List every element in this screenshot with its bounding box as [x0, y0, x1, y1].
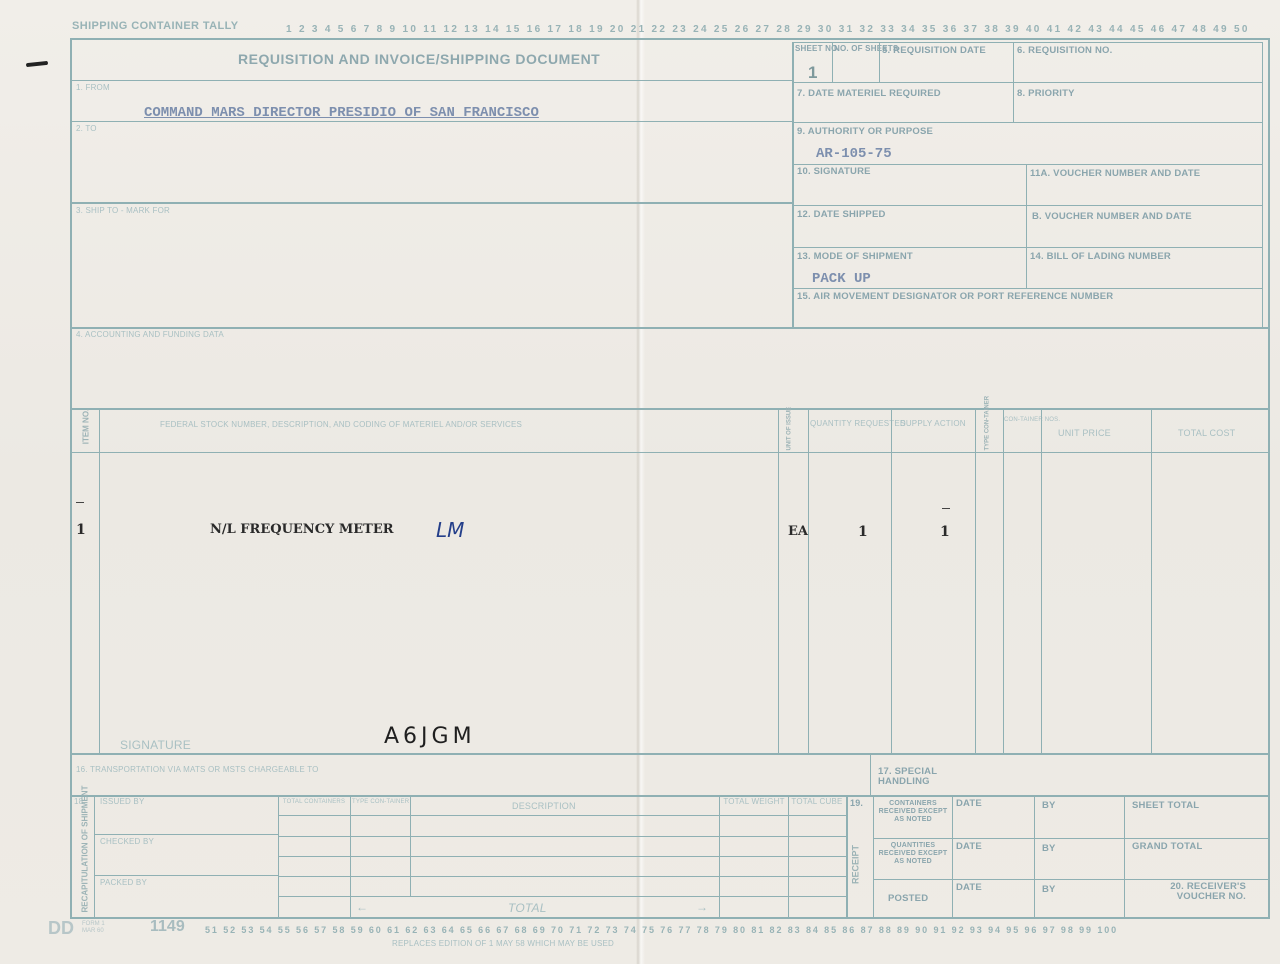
divider	[70, 121, 792, 122]
recap-vertical-label: RECAPITULATION OF SHIPMENT	[81, 803, 90, 913]
receipt-posted-label: POSTED	[888, 893, 928, 904]
issued-by-label: ISSUED BY	[100, 797, 144, 806]
col-header-unit-price: UNIT PRICE	[1058, 428, 1111, 438]
frame-left-line	[70, 38, 72, 918]
divider	[873, 879, 1270, 880]
divider	[70, 753, 1270, 755]
col-header-description: FEDERAL STOCK NUMBER, DESCRIPTION, AND C…	[160, 420, 522, 429]
divider	[873, 838, 1270, 839]
col-header-total-cost: TOTAL COST	[1178, 428, 1235, 438]
receipt-posted-date-label: DATE	[956, 882, 982, 893]
recap-col-total-weight: TOTAL WEIGHT	[722, 798, 786, 806]
from-label: 1. FROM	[76, 83, 110, 92]
col-header-type-container: TYPE CON-TAINER	[984, 411, 993, 451]
total-arrow-left: ←	[356, 900, 368, 914]
receipt-quantities-date-label: DATE	[956, 841, 982, 852]
dash-mark	[942, 508, 950, 509]
col-header-unit-of-issue: UNIT OF ISSUE	[786, 411, 795, 451]
receipt-containers-label: CONTAINERS RECEIVED EXCEPT AS NOTED	[875, 800, 951, 824]
date-materiel-required-label: 7. DATE MATERIEL REQUIRED	[797, 88, 941, 99]
sheet-total-label: SHEET TOTAL	[1132, 800, 1199, 811]
divider	[873, 795, 874, 917]
special-handling-label: 17. SPECIAL HANDLING	[878, 767, 968, 787]
divider	[410, 795, 411, 897]
recap-col-total-cube: TOTAL CUBE	[790, 798, 844, 806]
divider	[70, 795, 1270, 797]
item-description: N/L FREQUENCY METER	[210, 522, 394, 537]
requisition-date-label: 5. REQUISITION DATE	[882, 45, 986, 56]
recap-total-label: TOTAL	[508, 901, 547, 915]
handwritten-initials: LM	[436, 518, 464, 542]
total-arrow-right: →	[696, 900, 708, 914]
divider	[952, 795, 953, 917]
divider	[70, 80, 792, 81]
item-no: 1	[76, 522, 86, 538]
punch-mark	[26, 61, 48, 67]
frame-top-line	[70, 38, 1270, 40]
unit-of-issue-value: EA	[788, 524, 808, 539]
shipping-container-tally-label: SHIPPING CONTAINER TALLY	[72, 20, 238, 32]
divider	[792, 122, 1262, 123]
divider	[975, 408, 976, 753]
divider	[278, 836, 846, 837]
divider	[879, 42, 880, 82]
supply-action-value: 1	[940, 524, 950, 540]
authority-value: AR-105-75	[816, 146, 892, 162]
divider	[808, 408, 809, 753]
sheet-no-value: 1	[808, 63, 817, 83]
divider	[792, 247, 1262, 248]
transportation-label: 16. TRANSPORTATION VIA MATS OR MSTS CHAR…	[76, 765, 319, 774]
divider	[70, 327, 1270, 329]
receipt-section-number: 19.	[850, 798, 863, 808]
divider	[94, 795, 95, 917]
divider	[1041, 408, 1042, 753]
frame-bottom-line	[70, 917, 1270, 919]
divider	[94, 875, 278, 876]
dash-mark	[76, 502, 84, 503]
divider	[832, 42, 833, 82]
divider	[792, 42, 1262, 43]
divider	[278, 896, 846, 897]
divider	[70, 202, 792, 204]
receipt-vertical-label: RECEIPT	[852, 835, 861, 895]
divider	[278, 815, 846, 816]
col-header-container-nos: CON-TAINER NOS.	[1004, 416, 1040, 424]
quantity-requested-value: 1	[858, 524, 868, 540]
to-label: 2. TO	[76, 124, 97, 133]
divider	[846, 795, 848, 917]
divider	[1026, 164, 1027, 288]
divider	[870, 753, 871, 795]
from-value: COMMAND MARS DIRECTOR PRESIDIO OF SAN FR…	[144, 105, 539, 121]
tally-numbers-top: 1 2 3 4 5 6 7 8 9 10 11 12 13 14 15 16 1…	[286, 24, 1250, 35]
col-header-supply-action: SUPPLY ACTION	[893, 420, 973, 428]
divider	[792, 205, 1262, 206]
ship-to-label: 3. SHIP TO - MARK FOR	[76, 206, 170, 215]
divider	[792, 164, 1262, 165]
divider	[1124, 795, 1125, 917]
handwritten-callsign: A6JGM	[384, 724, 476, 749]
receipt-quantities-by-label: BY	[1042, 843, 1056, 854]
divider	[278, 856, 846, 857]
recap-col-description: DESCRIPTION	[512, 801, 576, 811]
tally-numbers-bottom: 51 52 53 54 55 56 57 58 59 60 61 62 63 6…	[205, 925, 1118, 935]
voucher-a-label: 11a. VOUCHER NUMBER AND DATE	[1030, 168, 1200, 179]
divider	[70, 408, 1270, 410]
form-number: 1149	[150, 918, 185, 936]
recap-col-type-container: TYPE CON-TAINER	[352, 798, 408, 806]
divider	[94, 834, 278, 835]
packed-by-label: PACKED BY	[100, 878, 147, 887]
air-movement-label: 15. AIR MOVEMENT DESIGNATOR OR PORT REFE…	[797, 291, 1113, 302]
authority-label: 9. AUTHORITY OR PURPOSE	[797, 126, 933, 137]
divider	[891, 408, 892, 753]
receipt-containers-by-label: BY	[1042, 800, 1056, 811]
sheet-no-label: SHEET NO.	[795, 45, 829, 53]
document-title: REQUISITION AND INVOICE/SHIPPING DOCUMEN…	[238, 51, 600, 67]
voucher-b-label: b. VOUCHER NUMBER AND DATE	[1032, 211, 1192, 222]
edition-note: REPLACES EDITION OF 1 MAY 58 WHICH MAY B…	[392, 939, 614, 948]
divider	[792, 82, 1262, 83]
divider	[70, 452, 1270, 453]
mode-of-shipment-label: 13. MODE OF SHIPMENT	[797, 251, 913, 262]
signature-block-label: SIGNATURE	[120, 738, 191, 752]
priority-label: 8. PRIORITY	[1017, 88, 1075, 99]
signature-label: 10. SIGNATURE	[797, 166, 871, 177]
divider	[1003, 408, 1004, 753]
frame-right-line	[1268, 38, 1270, 918]
divider	[778, 408, 779, 753]
receipt-containers-date-label: DATE	[956, 798, 982, 809]
checked-by-label: CHECKED BY	[100, 837, 154, 846]
divider	[792, 42, 794, 328]
accounting-label: 4. ACCOUNTING AND FUNDING DATA	[76, 330, 224, 339]
divider	[278, 876, 846, 877]
divider	[1151, 408, 1152, 753]
grand-total-label: GRAND TOTAL	[1132, 841, 1202, 852]
mode-of-shipment-value: PACK UP	[812, 271, 871, 287]
receipt-posted-by-label: BY	[1042, 884, 1056, 895]
form-sheet: SHIPPING CONTAINER TALLY 1 2 3 4 5 6 7 8…	[0, 0, 1280, 964]
col-header-quantity-requested: QUANTITY REQUESTED	[810, 420, 890, 428]
bill-of-lading-label: 14. BILL OF LADING NUMBER	[1030, 251, 1171, 262]
form-prefix: DD	[48, 918, 74, 939]
no-of-sheets-label: NO. OF SHEETS	[834, 45, 878, 53]
divider	[99, 408, 100, 753]
divider	[1262, 42, 1263, 328]
divider	[792, 288, 1262, 289]
recap-col-total-containers: TOTAL CONTAINERS	[280, 798, 348, 806]
date-shipped-label: 12. DATE SHIPPED	[797, 209, 886, 220]
divider	[1034, 795, 1035, 917]
receivers-voucher-no-label: 20. RECEIVER'S VOUCHER NO.	[1128, 882, 1246, 902]
form-subtitle: FORM 1 MAR 60	[82, 921, 112, 935]
receipt-quantities-label: QUANTITIES RECEIVED EXCEPT AS NOTED	[875, 842, 951, 866]
requisition-no-label: 6. REQUISITION NO.	[1017, 45, 1112, 56]
col-header-item-no: ITEM NO.	[82, 405, 91, 449]
